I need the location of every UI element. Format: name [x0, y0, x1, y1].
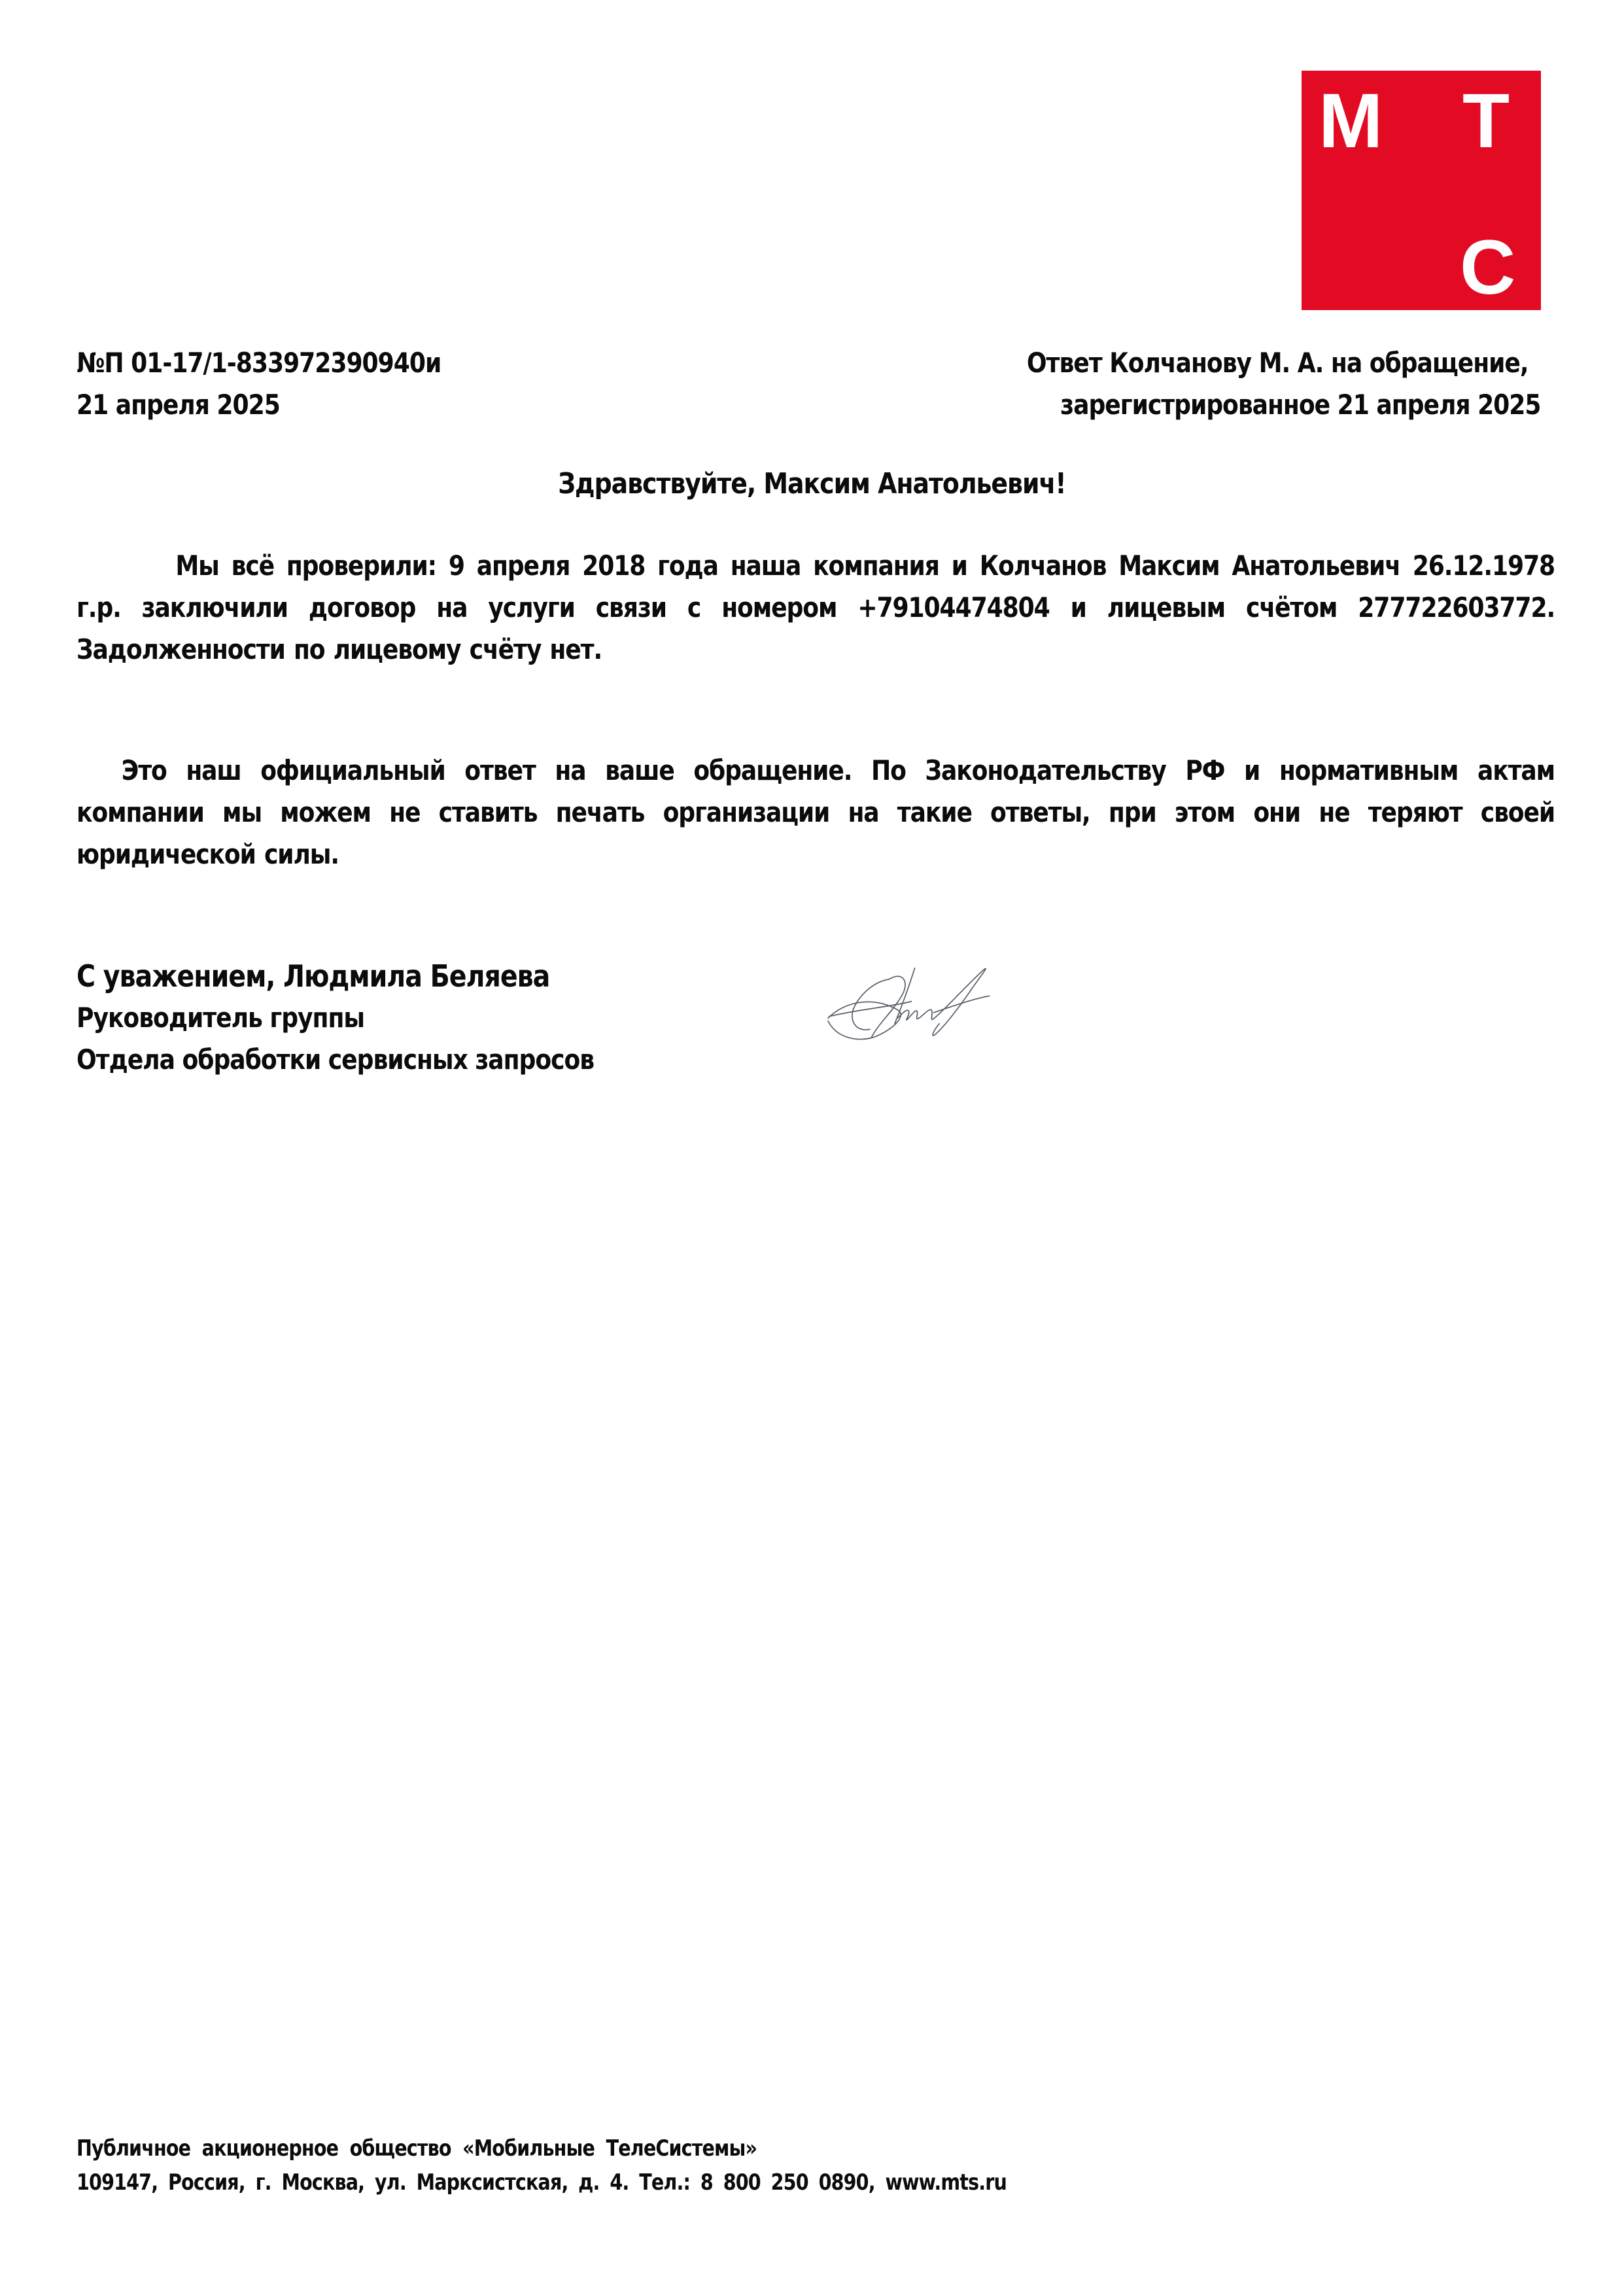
body-paragraph-1-text: Мы всё проверили: 9 апреля 2018 года наш… [77, 545, 1555, 671]
signer-department: Отдела обработки сервисных запросов [77, 1039, 594, 1081]
body-paragraph-2-text: Это наш официальный ответ на ваше обраще… [77, 750, 1555, 875]
company-footer: Публичное акционерное общество «Мобильны… [77, 2131, 1007, 2199]
subject-line-1: Ответ Колчанову М. А. на обращение, [1026, 342, 1540, 384]
logo-letter-s: С [1460, 229, 1515, 306]
body-paragraph-1: Мы всё проверили: 9 апреля 2018 года наш… [77, 545, 1555, 671]
closing-line: С уважением, Людмила Беляева [77, 955, 594, 997]
handwritten-signature-icon [798, 949, 1014, 1060]
company-name: Публичное акционерное общество «Мобильны… [77, 2131, 1007, 2165]
mts-logo: М Т С [1302, 71, 1541, 310]
logo-letter-t: Т [1462, 82, 1510, 160]
letter-page: М Т С №П 01-17/1-833972390940и 21 апреля… [0, 0, 1624, 2295]
signature-block: С уважением, Людмила Беляева Руководител… [77, 955, 594, 1081]
subject-block: Ответ Колчанову М. А. на обращение, заре… [1026, 342, 1540, 426]
signer-position: Руководитель группы [77, 997, 594, 1039]
greeting: Здравствуйте, Максим Анатольевич! [0, 463, 1624, 505]
company-address: 109147, Россия, г. Москва, ул. Марксистс… [77, 2165, 1007, 2199]
greeting-text: Здравствуйте, Максим Анатольевич! [558, 463, 1065, 505]
logo-letter-m: М [1319, 82, 1383, 160]
reference-block: №П 01-17/1-833972390940и 21 апреля 2025 [77, 342, 441, 426]
reference-number: №П 01-17/1-833972390940и [77, 342, 441, 384]
subject-line-2: зарегистрированное 21 апреля 2025 [1026, 384, 1540, 426]
letter-date: 21 апреля 2025 [77, 384, 441, 426]
body-paragraph-2: Это наш официальный ответ на ваше обраще… [77, 750, 1555, 875]
